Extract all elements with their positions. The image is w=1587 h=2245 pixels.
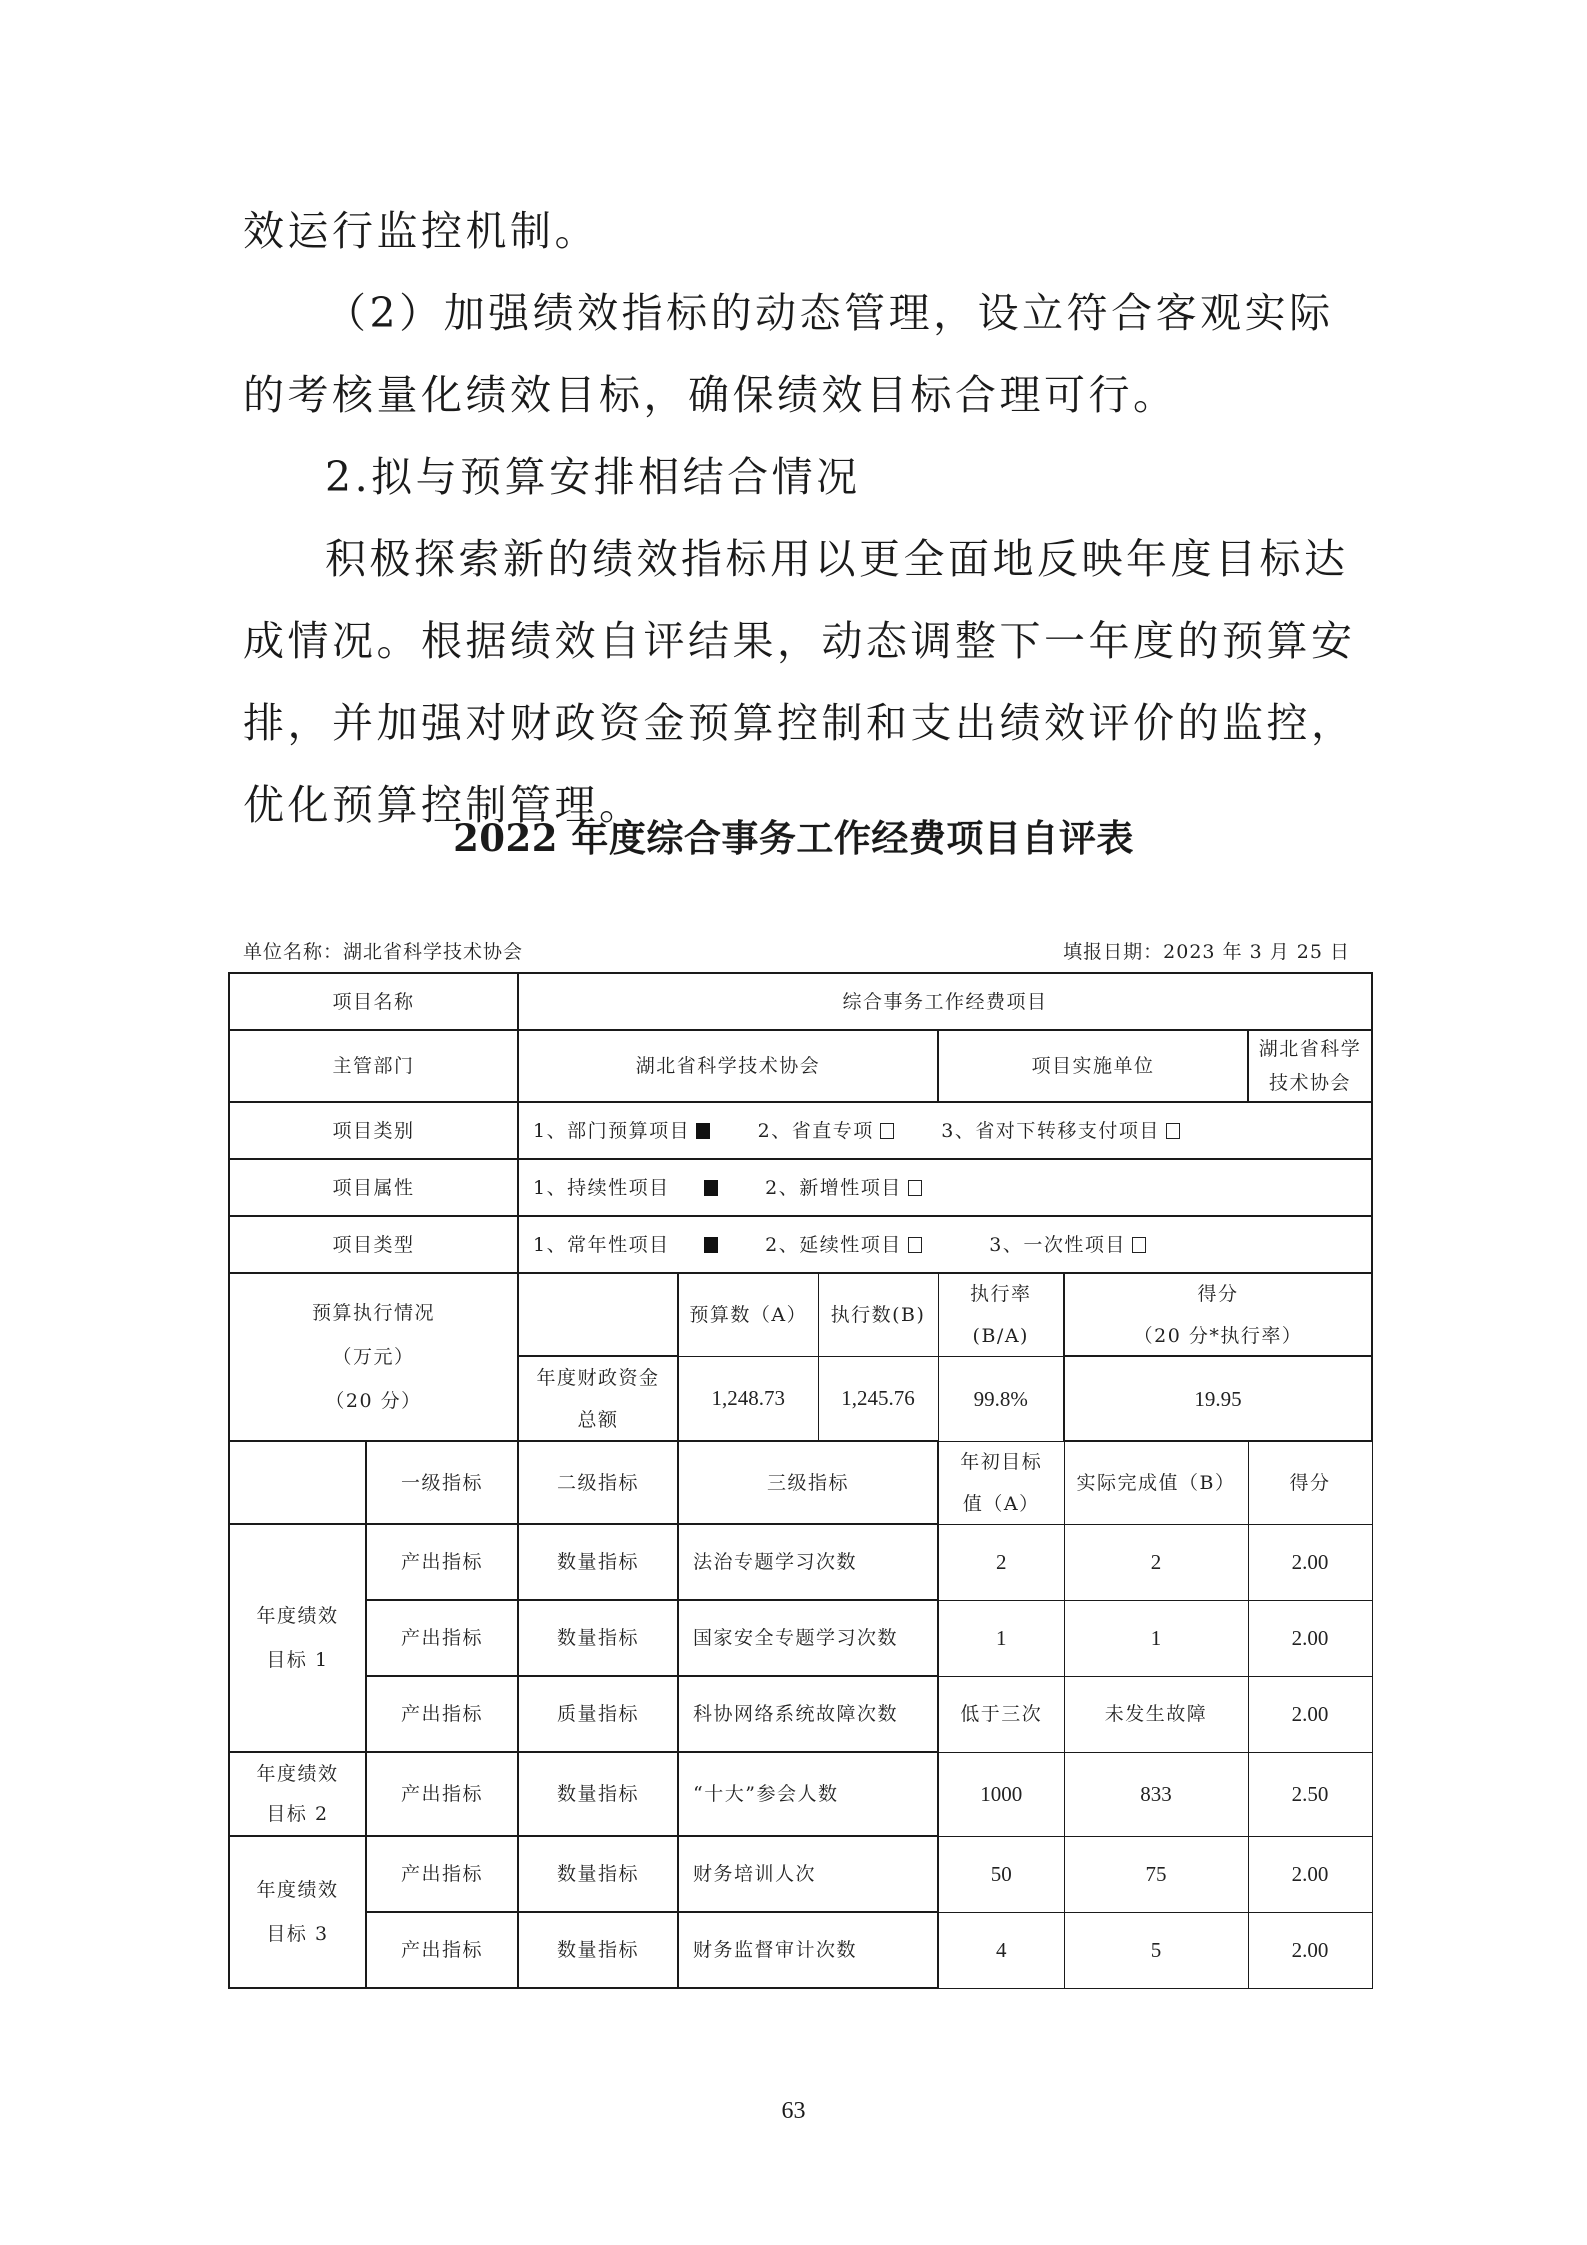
table-row: 产出指标 数量指标 国家安全专题学习次数 1 1 2.00: [229, 1600, 1372, 1676]
goal-2-label: 年度绩效 目标 2: [229, 1752, 366, 1836]
type-label: 项目类型: [229, 1216, 518, 1273]
score-cell: 2.00: [1248, 1524, 1372, 1600]
level1-cell: 产出指标: [366, 1524, 518, 1600]
header-level2: 二级指标: [518, 1441, 678, 1524]
header-actual: 实际完成值（B）: [1064, 1441, 1248, 1524]
paragraph-1: 效运行监控机制。: [243, 190, 1363, 272]
header-level3: 三级指标: [678, 1441, 938, 1524]
checkbox-empty-icon: [1166, 1123, 1180, 1139]
header-empty: [229, 1441, 366, 1524]
level1-cell: 产出指标: [366, 1752, 518, 1836]
table-row: 年度绩效 目标 1 产出指标 数量指标 法治专题学习次数 2 2 2.00: [229, 1524, 1372, 1600]
score-cell: 2.00: [1248, 1676, 1372, 1752]
attribute-option-1: 1、持续性项目: [533, 1171, 724, 1205]
category-option-2: 2、省直专项: [758, 1114, 900, 1148]
level1-cell: 产出指标: [366, 1836, 518, 1912]
target-cell: 低于三次: [938, 1676, 1064, 1752]
budget-col-a: 预算数（A）: [678, 1273, 818, 1356]
table-row: 产出指标 数量指标 财务监督审计次数 4 5 2.00: [229, 1912, 1372, 1988]
category-label: 项目类别: [229, 1102, 518, 1159]
checkbox-checked-icon: [704, 1180, 718, 1196]
actual-cell: 75: [1064, 1836, 1248, 1912]
row-department: 主管部门 湖北省科学技术协会 项目实施单位 湖北省科学技术协会: [229, 1030, 1372, 1102]
rate-value: 99.8%: [938, 1356, 1064, 1441]
table-row: 产出指标 质量指标 科协网络系统故障次数 低于三次 未发生故障 2.00: [229, 1676, 1372, 1752]
level1-cell: 产出指标: [366, 1600, 518, 1676]
score-value: 19.95: [1064, 1356, 1372, 1441]
attribute-options: 1、持续性项目 2、新增性项目: [518, 1159, 1372, 1216]
budget-col-score: 得分 （20 分*执行率）: [1064, 1273, 1372, 1356]
section-heading: 2.拟与预算安排相结合情况: [243, 436, 1363, 518]
impl-value: 湖北省科学技术协会: [1248, 1030, 1372, 1102]
project-name-value: 综合事务工作经费项目: [518, 973, 1372, 1030]
category-options: 1、部门预算项目 2、省直专项 3、省对下转移支付项目: [518, 1102, 1372, 1159]
score-cell: 2.00: [1248, 1912, 1372, 1988]
budget-col-b: 执行数(B): [818, 1273, 938, 1356]
level1-cell: 产出指标: [366, 1676, 518, 1752]
dept-label: 主管部门: [229, 1030, 518, 1102]
checkbox-empty-icon: [880, 1123, 894, 1139]
exec-value: 1,245.76: [818, 1356, 938, 1441]
page-number: 63: [0, 2098, 1587, 2125]
target-cell: 50: [938, 1836, 1064, 1912]
table-title: 2022 年度综合事务工作经费项目自评表: [0, 808, 1587, 862]
target-cell: 4: [938, 1912, 1064, 1988]
fill-date: 填报日期：2023 年 3 月 25 日: [1063, 937, 1350, 964]
score-cell: 2.00: [1248, 1600, 1372, 1676]
level2-cell: 数量指标: [518, 1836, 678, 1912]
actual-cell: 未发生故障: [1064, 1676, 1248, 1752]
checkbox-checked-icon: [704, 1237, 718, 1253]
type-option-2: 2、延续性项目: [765, 1228, 928, 1262]
level3-cell: “十大”参会人数: [678, 1752, 938, 1836]
self-evaluation-table: 项目名称 综合事务工作经费项目 主管部门 湖北省科学技术协会 项目实施单位 湖北…: [228, 972, 1373, 1989]
header-target: 年初目标 值（A）: [938, 1441, 1064, 1524]
level2-cell: 数量指标: [518, 1600, 678, 1676]
body-paragraphs: 效运行监控机制。 （2）加强绩效指标的动态管理，设立符合客观实际的考核量化绩效目…: [243, 190, 1363, 846]
level3-cell: 法治专题学习次数: [678, 1524, 938, 1600]
level2-cell: 质量指标: [518, 1676, 678, 1752]
row-type: 项目类型 1、常年性项目 2、延续性项目 3、一次性项目: [229, 1216, 1372, 1273]
impl-label: 项目实施单位: [938, 1030, 1248, 1102]
level2-cell: 数量指标: [518, 1524, 678, 1600]
goal-1-label: 年度绩效 目标 1: [229, 1524, 366, 1752]
header-score: 得分: [1248, 1441, 1372, 1524]
level2-cell: 数量指标: [518, 1752, 678, 1836]
category-option-1: 1、部门预算项目: [533, 1114, 716, 1148]
actual-cell: 5: [1064, 1912, 1248, 1988]
checkbox-empty-icon: [908, 1237, 922, 1253]
header-level1: 一级指标: [366, 1441, 518, 1524]
project-name-label: 项目名称: [229, 973, 518, 1030]
actual-cell: 833: [1064, 1752, 1248, 1836]
budget-row-label: 年度财政资金 总额: [518, 1356, 678, 1441]
budget-label: 预算执行情况 （万元） （20 分）: [229, 1273, 518, 1441]
goal-3-label: 年度绩效 目标 3: [229, 1836, 366, 1988]
type-option-3: 3、一次性项目: [989, 1228, 1152, 1262]
paragraph-4: 积极探索新的绩效指标用以更全面地反映年度目标达成情况。根据绩效自评结果，动态调整…: [243, 518, 1363, 846]
score-cell: 2.00: [1248, 1836, 1372, 1912]
actual-cell: 1: [1064, 1600, 1248, 1676]
attribute-option-2: 2、新增性项目: [765, 1171, 928, 1205]
category-option-3: 3、省对下转移支付项目: [941, 1114, 1186, 1148]
row-indicator-headers: 一级指标 二级指标 三级指标 年初目标 值（A） 实际完成值（B） 得分: [229, 1441, 1372, 1524]
row-attribute: 项目属性 1、持续性项目 2、新增性项目: [229, 1159, 1372, 1216]
checkbox-empty-icon: [908, 1180, 922, 1196]
paragraph-2: （2）加强绩效指标的动态管理，设立符合客观实际的考核量化绩效目标，确保绩效目标合…: [243, 272, 1363, 436]
target-cell: 1000: [938, 1752, 1064, 1836]
score-cell: 2.50: [1248, 1752, 1372, 1836]
target-cell: 1: [938, 1600, 1064, 1676]
level3-cell: 财务培训人次: [678, 1836, 938, 1912]
level2-cell: 数量指标: [518, 1912, 678, 1988]
level3-cell: 科协网络系统故障次数: [678, 1676, 938, 1752]
actual-cell: 2: [1064, 1524, 1248, 1600]
checkbox-checked-icon: [696, 1123, 710, 1139]
type-options: 1、常年性项目 2、延续性项目 3、一次性项目: [518, 1216, 1372, 1273]
table-row: 年度绩效 目标 2 产出指标 数量指标 “十大”参会人数 1000 833 2.…: [229, 1752, 1372, 1836]
budget-value: 1,248.73: [678, 1356, 818, 1441]
target-cell: 2: [938, 1524, 1064, 1600]
level3-cell: 国家安全专题学习次数: [678, 1600, 938, 1676]
budget-empty-header: [518, 1273, 678, 1356]
checkbox-empty-icon: [1132, 1237, 1146, 1253]
table-row: 年度绩效 目标 3 产出指标 数量指标 财务培训人次 50 75 2.00: [229, 1836, 1372, 1912]
level3-cell: 财务监督审计次数: [678, 1912, 938, 1988]
row-category: 项目类别 1、部门预算项目 2、省直专项 3、省对下转移支付项目: [229, 1102, 1372, 1159]
budget-col-rate: 执行率 (B/A): [938, 1273, 1064, 1356]
level1-cell: 产出指标: [366, 1912, 518, 1988]
unit-name: 单位名称：湖北省科学技术协会: [243, 937, 523, 964]
attribute-label: 项目属性: [229, 1159, 518, 1216]
dept-value: 湖北省科学技术协会: [518, 1030, 938, 1102]
row-project-name: 项目名称 综合事务工作经费项目: [229, 973, 1372, 1030]
type-option-1: 1、常年性项目: [533, 1228, 724, 1262]
row-budget-header: 预算执行情况 （万元） （20 分） 预算数（A） 执行数(B) 执行率 (B/…: [229, 1273, 1372, 1356]
